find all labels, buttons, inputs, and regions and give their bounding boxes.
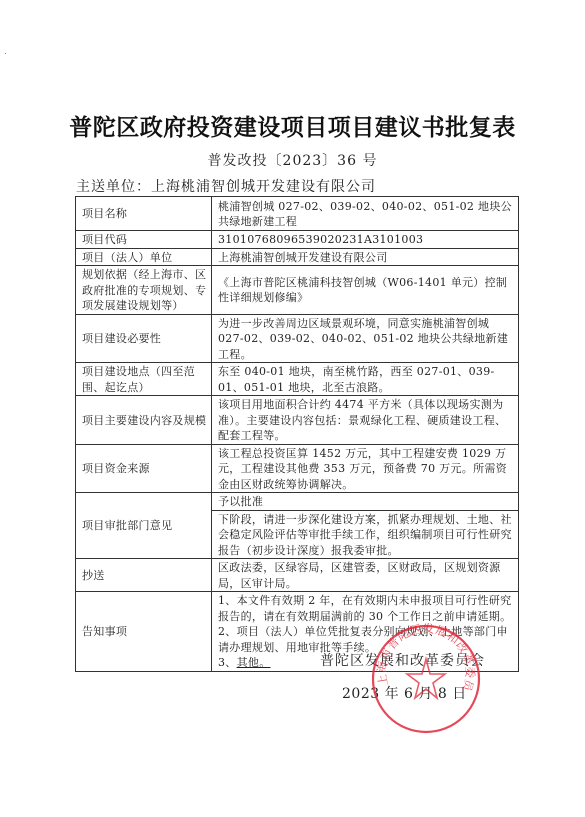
send-to-line: 主送单位：上海桃浦智创城开发建设有限公司 <box>76 176 376 196</box>
row-label: 项目建设必要性 <box>76 314 212 363</box>
document-page: 普陀区政府投资建设项目项目建议书批复表 普发改投〔2023〕36 号 主送单位：… <box>0 0 585 817</box>
notice-item-3-underlined: 其他。 <box>237 656 271 669</box>
table-row-scope-scale: 项目主要建设内容及规模 该项目用地面积合计约 4474 平方米（具体以现场实测为… <box>76 396 519 445</box>
row-value-approval: 予以批准 <box>212 493 519 511</box>
row-value: 《上海市普陀区桃浦科技智创城（W06-1401 单元）控制性详细规划修编》 <box>212 266 519 315</box>
row-value: 上海桃浦智创城开发建设有限公司 <box>212 248 519 266</box>
row-label: 抄送 <box>76 559 212 592</box>
send-to-label: 主送单位： <box>76 179 151 195</box>
table-row-approval-opinion: 项目审批部门意见 予以批准 <box>76 493 519 511</box>
row-label: 项目资金来源 <box>76 444 212 493</box>
row-value: 区政法委，区绿容局，区建管委，区财政局，区规划资源局，区审计局。 <box>212 559 519 592</box>
table-row-planning-basis: 规划依据（经上海市、区政府批准的专项规划、专项发展建设规划等） 《上海市普陀区桃… <box>76 266 519 315</box>
issuer-signature: 普陀区发展和改革委员会 <box>320 650 485 670</box>
row-label: 项目审批部门意见 <box>76 493 212 559</box>
row-label: 规划依据（经上海市、区政府批准的专项规划、专项发展建设规划等） <box>76 266 212 315</box>
row-value: 31010768096539020231A3101003 <box>212 231 519 249</box>
row-label: 项目主要建设内容及规模 <box>76 396 212 445</box>
table-row-cc: 抄送 区政法委，区绿容局，区建管委，区财政局，区规划资源局，区审计局。 <box>76 559 519 592</box>
table-row-funding-source: 项目资金来源 该工程总投资匡算 1452 万元，其中工程建安费 1029 万元，… <box>76 444 519 493</box>
row-label: 项目代码 <box>76 231 212 249</box>
row-value: 该项目用地面积合计约 4474 平方米（具体以现场实测为准）。主要建设内容包括：… <box>212 396 519 445</box>
row-label: 项目建设地点（四至范围、起讫点） <box>76 363 212 396</box>
table-row-project-code: 项目代码 31010768096539020231A3101003 <box>76 231 519 249</box>
row-value: 东至 040-01 地块，南至桃竹路，西至 027-01、039-01、051-… <box>212 363 519 396</box>
document-title: 普陀区政府投资建设项目项目建议书批复表 <box>0 109 585 142</box>
table-row-legal-entity: 项目（法人）单位 上海桃浦智创城开发建设有限公司 <box>76 248 519 266</box>
row-label: 项目（法人）单位 <box>76 248 212 266</box>
notice-item-1: 1、本文件有效期 2 年，在有效期内未申报项目可行性研究报告的，请在有效期届满前… <box>218 593 514 624</box>
scan-speck <box>5 53 6 54</box>
table-row-necessity: 项目建设必要性 为进一步改善周边区域景观环境，同意实施桃浦智创城 027-02、… <box>76 314 519 363</box>
table-row-project-name: 项目名称 桃浦智创城 027-02、039-02、040-02、051-02 地… <box>76 197 519 231</box>
send-to-value: 上海桃浦智创城开发建设有限公司 <box>151 179 376 195</box>
approval-table: 项目名称 桃浦智创城 027-02、039-02、040-02、051-02 地… <box>75 196 519 672</box>
row-value-approval-detail: 下阶段，请进一步深化建设方案，抓紧办理规划、土地、社会稳定风险评估等审批手续工作… <box>212 510 519 559</box>
row-value: 桃浦智创城 027-02、039-02、040-02、051-02 地块公共绿地… <box>212 197 519 231</box>
table-row-location: 项目建设地点（四至范围、起讫点） 东至 040-01 地块，南至桃竹路，西至 0… <box>76 363 519 396</box>
row-label: 告知事项 <box>76 592 212 672</box>
issue-date: 2023 年 6 月 8 日 <box>342 683 467 703</box>
document-number: 普发改投〔2023〕36 号 <box>0 150 585 170</box>
row-label: 项目名称 <box>76 197 212 231</box>
row-value: 该工程总投资匡算 1452 万元，其中工程建安费 1029 万元，工程建设其他费… <box>212 444 519 493</box>
row-value: 为进一步改善周边区域景观环境，同意实施桃浦智创城 027-02、039-02、0… <box>212 314 519 363</box>
